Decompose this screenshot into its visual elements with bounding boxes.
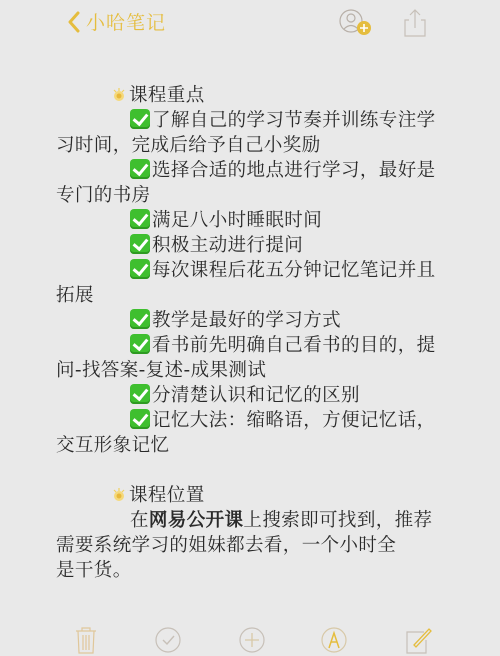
trash-icon <box>74 626 98 654</box>
list-item-wrap: 问-找答案-复述-成果测试 <box>56 358 428 383</box>
add-person-icon <box>338 8 374 38</box>
list-item: 看书前先明确自己看书的目的，提 <box>56 333 428 358</box>
text: 在 <box>130 510 149 531</box>
section-header: 课程重点 <box>56 83 428 108</box>
text: 上搜索即可找到，推荐 <box>243 510 432 531</box>
checkmark-icon <box>130 309 150 329</box>
compose-icon <box>404 626 432 654</box>
share-button[interactable] <box>400 8 430 42</box>
item-text: 了解自己的学习节奏并训练专注学 <box>152 110 436 131</box>
section-title: 课程位置 <box>129 485 205 506</box>
list-item-wrap: 专门的书房 <box>56 183 428 208</box>
back-button[interactable]: 小哈笔记 <box>66 8 166 35</box>
checkmark-icon <box>130 109 150 129</box>
list-item: 记忆大法：缩略语，方便记忆话， <box>56 408 428 433</box>
add-button[interactable] <box>238 626 266 656</box>
item-text: 选择合适的地点进行学习，最好是 <box>152 160 436 181</box>
paragraph-line: 需要系统学习的姐妹都去看，一个小时全 <box>56 533 428 558</box>
add-icon <box>238 626 266 654</box>
list-item: 积极主动进行提问 <box>56 233 428 258</box>
list-item: 选择合适的地点进行学习，最好是 <box>56 158 428 183</box>
share-icon <box>400 8 430 38</box>
sunflower-icon <box>111 487 127 503</box>
item-text: 教学是最好的学习方式 <box>152 310 341 331</box>
item-text: 看书前先明确自己看书的目的，提 <box>152 335 436 356</box>
list-item-wrap: 习时间，完成后给予自己小奖励 <box>56 133 428 158</box>
section-title: 课程重点 <box>129 85 205 106</box>
add-person-button[interactable] <box>338 8 374 42</box>
bottom-toolbar <box>0 622 500 656</box>
item-text: 记忆大法：缩略语，方便记忆话， <box>152 410 436 431</box>
markup-button[interactable] <box>320 626 348 656</box>
list-item: 每次课程后花五分钟记忆笔记并且 <box>56 258 428 283</box>
checkmark-icon <box>130 234 150 254</box>
paragraph-line: 在网易公开课上搜索即可找到，推荐 <box>56 508 428 533</box>
compose-button[interactable] <box>404 626 432 656</box>
list-item-wrap: 交互形象记忆 <box>56 433 428 458</box>
checkmark-icon <box>130 209 150 229</box>
list-item: 分清楚认识和记忆的区别 <box>56 383 428 408</box>
checklist-button[interactable] <box>154 626 182 656</box>
list-item: 教学是最好的学习方式 <box>56 308 428 333</box>
list-item: 了解自己的学习节奏并训练专注学 <box>56 108 428 133</box>
paragraph-line: 是干货。 <box>56 558 428 583</box>
checklist-icon <box>154 626 182 654</box>
back-label: 小哈笔记 <box>86 8 166 35</box>
navbar: 小哈笔记 <box>0 0 500 46</box>
section-header: 课程位置 <box>56 483 428 508</box>
checkmark-icon <box>130 334 150 354</box>
note-body[interactable]: 课程重点 了解自己的学习节奏并训练专注学 习时间，完成后给予自己小奖励 选择合适… <box>56 83 428 583</box>
checkmark-icon <box>130 409 150 429</box>
back-chevron-icon <box>66 11 82 33</box>
spacer <box>56 458 428 483</box>
checkmark-icon <box>130 159 150 179</box>
item-text: 满足八小时睡眠时间 <box>152 210 322 231</box>
item-text: 每次课程后花五分钟记忆笔记并且 <box>152 260 436 281</box>
item-text: 积极主动进行提问 <box>152 235 303 256</box>
list-item: 满足八小时睡眠时间 <box>56 208 428 233</box>
sunflower-icon <box>111 87 127 103</box>
bold-text: 网易公开课 <box>149 510 244 531</box>
markup-icon <box>320 626 348 654</box>
checkmark-icon <box>130 259 150 279</box>
item-text: 分清楚认识和记忆的区别 <box>152 385 360 406</box>
delete-button[interactable] <box>74 626 98 656</box>
checkmark-icon <box>130 384 150 404</box>
list-item-wrap: 拓展 <box>56 283 428 308</box>
